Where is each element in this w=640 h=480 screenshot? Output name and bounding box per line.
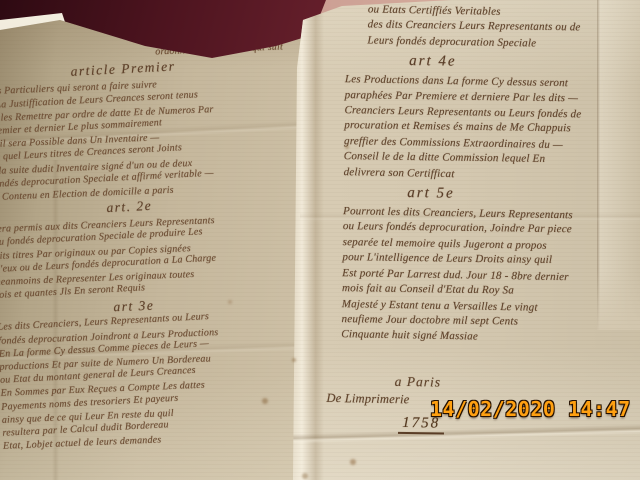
left-page-text: des finances, Le Roy Etant En son Consei… <box>0 25 333 453</box>
article-heading: art 5e <box>335 182 637 206</box>
right-page-text: ou Etats Certiffiés Veritablesdes dits C… <box>332 2 640 437</box>
manuscript-line: a Paris <box>341 373 635 393</box>
article-heading: art 4e <box>337 50 639 74</box>
manuscript-photo: des finances, Le Roy Etant En son Consei… <box>0 0 640 480</box>
camera-timestamp: 14/02/2020 14:47 <box>430 397 631 421</box>
